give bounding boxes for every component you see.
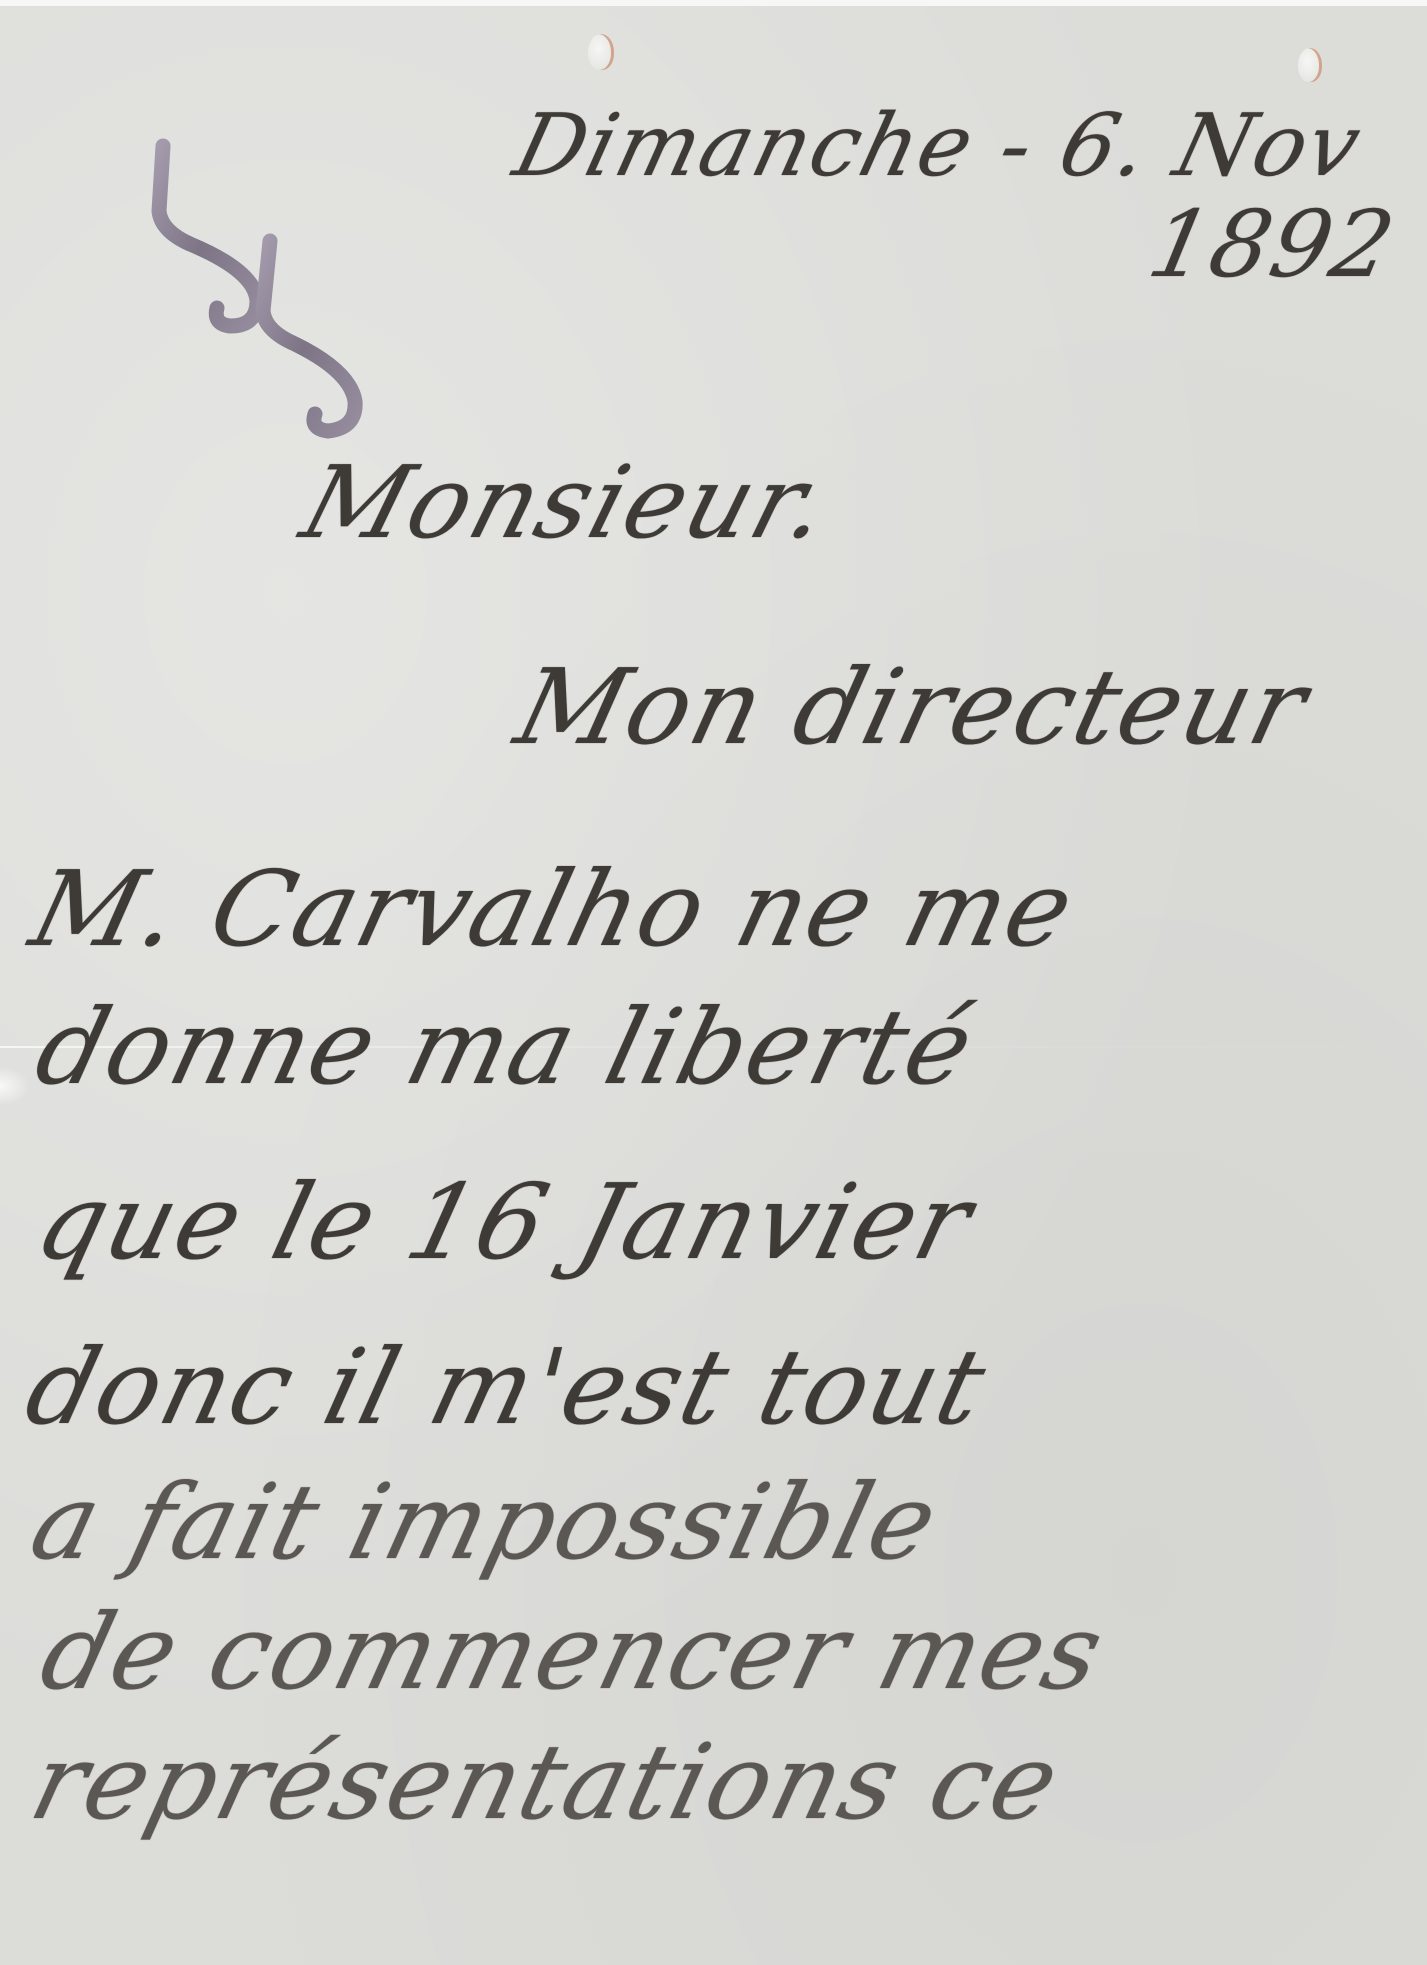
letter-year: 1892: [1140, 191, 1405, 298]
letter-body-line: Mon directeur: [505, 646, 1320, 768]
pin-hole-mark: [1298, 48, 1322, 82]
embossed-monogram-icon: [145, 136, 385, 446]
letter-body-line: représentations ce: [20, 1721, 1072, 1843]
letter-body-line: donne ma liberté: [25, 986, 987, 1108]
letter-body-line: que le 16 Janvier: [25, 1161, 985, 1283]
pin-hole-mark: [588, 34, 614, 70]
letter-date: Dimanche - 6. Nov: [505, 96, 1372, 196]
letter-body-line: a fait impossible: [20, 1461, 951, 1583]
letter-page: Dimanche - 6. Nov 1892 Monsieur. Mon dir…: [0, 0, 1427, 1965]
letter-body-line: donc il m'est tout: [15, 1326, 999, 1448]
paper-edge-tear: [0, 1066, 30, 1106]
letter-body-line: M. Carvalho ne me: [20, 848, 1087, 970]
letter-salutation: Monsieur.: [290, 444, 844, 561]
letter-body-line: de commencer mes: [30, 1591, 1116, 1713]
